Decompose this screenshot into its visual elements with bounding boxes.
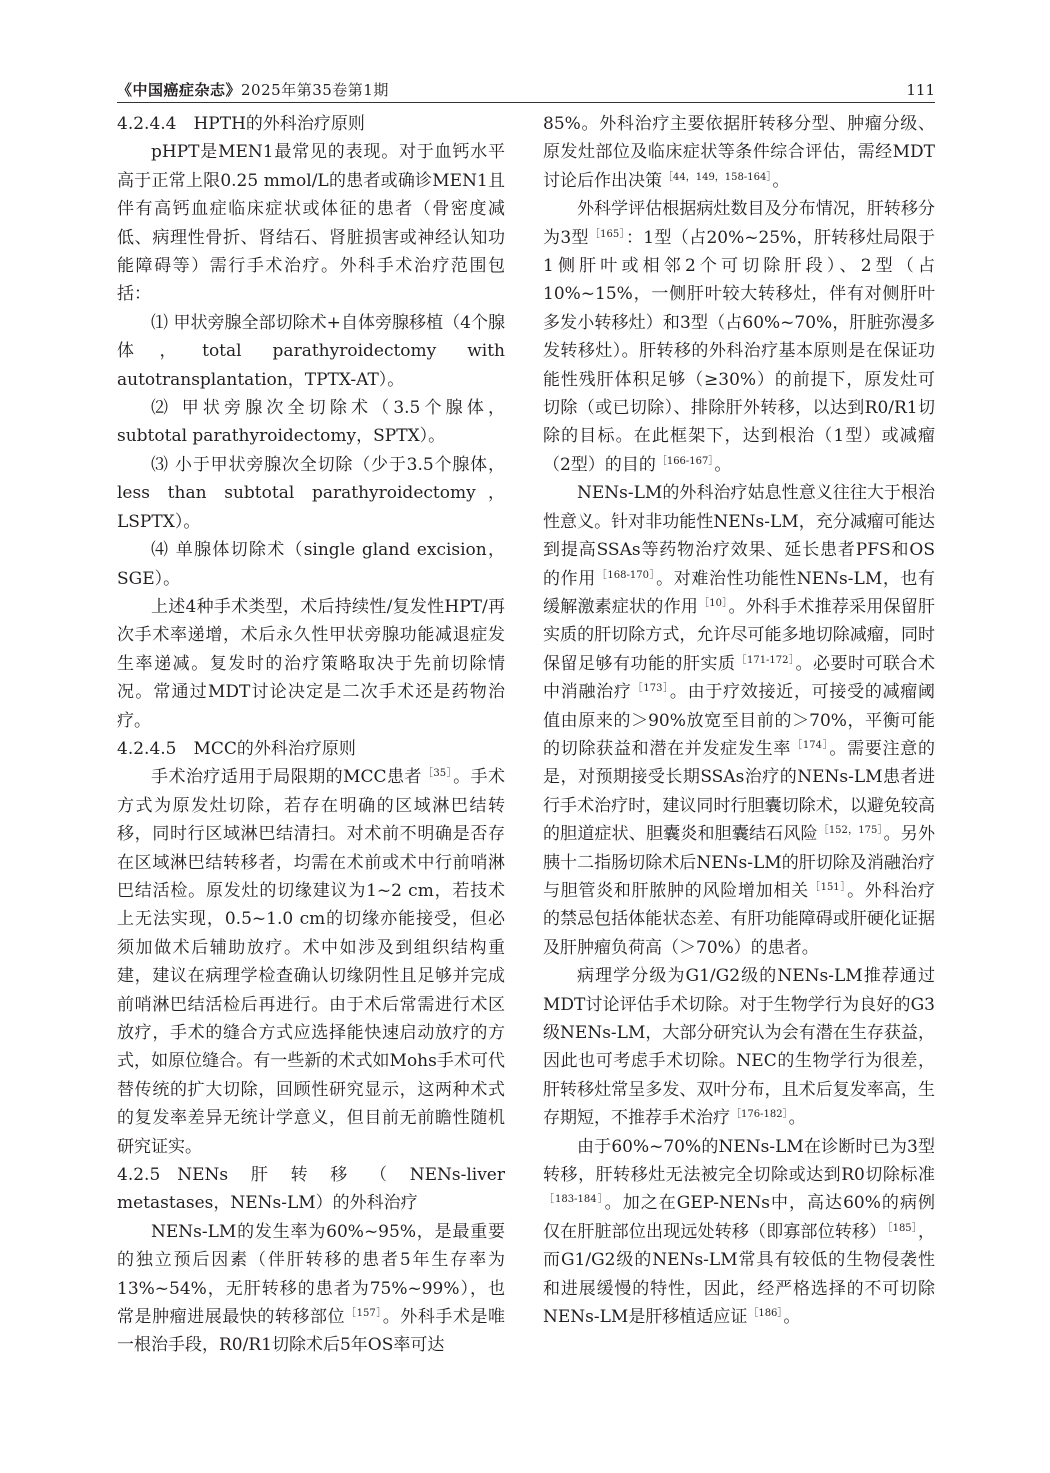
list-item: ⑵ 甲状旁腺次全切除术（3.5个腺体，subtotal parathyroide…	[117, 394, 505, 451]
citation[interactable]: ［10］	[699, 598, 727, 609]
paragraph: NENs-LM的发生率为60%~95%，是最重要的独立预后因素（伴肝转移的患者5…	[117, 1218, 505, 1360]
paragraph: pHPT是MEN1最常见的表现。对于血钙水平高于正常上限0.25 mmol/L的…	[117, 138, 505, 308]
section-heading-4-2-4-5: 4.2.4.5MCC的外科治疗原则	[117, 735, 505, 763]
citation[interactable]: ［186］	[748, 1308, 782, 1319]
running-header: 《中国癌症杂志》2025年第35卷第1期 111	[117, 80, 935, 103]
citation[interactable]: ［168-170］	[597, 570, 655, 581]
page-number: 111	[906, 80, 935, 100]
citation[interactable]: ［166-167］	[657, 456, 714, 467]
paragraph: 由于60%~70%的NENs-LM在诊断时已为3型转移，肝转移灶无法被完全切除或…	[543, 1133, 935, 1332]
section-heading-4-2-4-4: 4.2.4.4HPTH的外科治疗原则	[117, 110, 505, 138]
citation[interactable]: ［152，175］	[819, 825, 883, 836]
list-item: ⑶ 小于甲状旁腺次全切除（少于3.5个腺体，less than subtotal…	[117, 451, 505, 536]
paragraph: NENs-LM的外科治疗姑息性意义往往大于根治性意义。针对非功能性NENs-LM…	[543, 479, 935, 962]
citation[interactable]: ［35］	[423, 768, 452, 779]
citation[interactable]: ［165］	[590, 229, 625, 240]
paragraph: 手术治疗适用于局限期的MCC患者［35］。手术方式为原发灶切除，若存在明确的区域…	[117, 763, 505, 1161]
citation[interactable]: ［171-172］	[736, 655, 794, 666]
list-item: ⑷ 单腺体切除术（single gland excision，SGE）。	[117, 536, 505, 593]
citation[interactable]: ［173］	[633, 683, 669, 694]
citation[interactable]: ［176-182］	[731, 1109, 788, 1120]
citation[interactable]: ［157］	[346, 1308, 382, 1319]
paragraph: 病理学分级为G1/G2级的NENs-LM推荐通过MDT讨论评估手术切除。对于生物…	[543, 962, 935, 1132]
list-item: ⑴ 甲状旁腺全部切除术+自体旁腺移植（4个腺体，total parathyroi…	[117, 309, 505, 394]
left-column: 4.2.4.4HPTH的外科治疗原则 pHPT是MEN1最常见的表现。对于血钙水…	[117, 110, 505, 1360]
right-column: 85%。外科治疗主要依据肝转移分型、肿瘤分级、原发灶部位及临床症状等条件综合评估…	[543, 110, 935, 1331]
paragraph-continued: 85%。外科治疗主要依据肝转移分型、肿瘤分级、原发灶部位及临床症状等条件综合评估…	[543, 110, 935, 195]
paragraph: 上述4种手术类型，术后持续性/复发性HPT/再次手术率递增，术后永久性甲状旁腺功…	[117, 593, 505, 735]
section-heading-4-2-5: 4.2.5NENs肝转移（NENs-liver metastases，NENs-…	[117, 1161, 505, 1218]
paragraph: 外科学评估根据病灶数目及分布情况，肝转移分为3型［165］：1型（占20%~25…	[543, 195, 935, 479]
journal-title: 《中国癌症杂志》2025年第35卷第1期	[117, 80, 389, 100]
citation[interactable]: ［183-184］	[544, 1194, 604, 1205]
citation[interactable]: ［185］	[887, 1223, 917, 1234]
citation[interactable]: ［174］	[792, 740, 828, 751]
citation[interactable]: ［44，149，158-164］	[663, 172, 771, 183]
journal-issue: 2025年第35卷第1期	[241, 81, 389, 99]
citation[interactable]: ［151］	[810, 882, 846, 893]
